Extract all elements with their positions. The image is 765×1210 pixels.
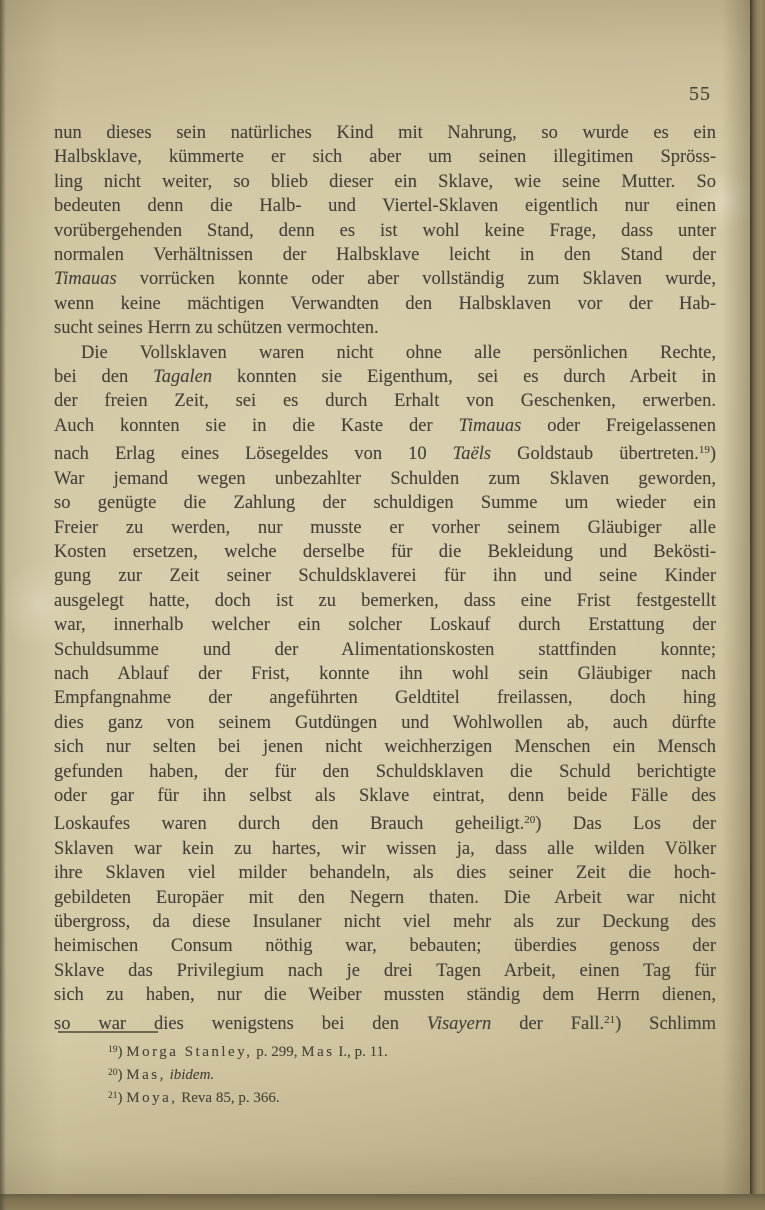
footnote-marker: 19 xyxy=(108,1045,118,1055)
text-segment: dies ganz von seinem Gutdüngen und Wohlw… xyxy=(54,713,716,733)
text-segment: heimischen Consum nöthig war, bebauten; … xyxy=(54,936,716,956)
body-line: übergross, da diese Insulaner nicht viel… xyxy=(54,910,716,934)
footnotes: 19) Morga Stanley, p. 299, Mas I., p. 11… xyxy=(108,1040,668,1108)
text-segment: Die Vollsklaven waren nicht ohne alle pe… xyxy=(81,343,716,363)
text-segment: Mas, xyxy=(126,1067,166,1083)
body-line: gung zur Zeit seiner Schuldsklaverei für… xyxy=(54,564,716,588)
body-line: ling nicht weiter, so blieb dieser ein S… xyxy=(54,170,716,194)
page-edge-bottom xyxy=(0,1194,765,1210)
footnote-separator xyxy=(58,1031,158,1033)
text-segment: Mas xyxy=(301,1044,334,1060)
text-segment: so genügte die Zahlung der schuldigen Su… xyxy=(54,493,716,513)
text-segment: nach Ablauf der Frist, konnte ihn wohl s… xyxy=(54,664,716,684)
page-number: 55 xyxy=(689,83,711,106)
text-segment: War jemand wegen unbezahlter Schulden zu… xyxy=(54,469,716,489)
body-line: sich nur selten bei jenen nicht weichher… xyxy=(54,735,716,759)
body-line: bei den Tagalen konnten sie Eigenthum, s… xyxy=(54,365,716,389)
text-segment: bei den xyxy=(54,367,153,387)
text-segment: gefunden haben, der für den Schuldsklave… xyxy=(54,762,716,782)
text-segment: Loskaufes waren durch den Brauch geheili… xyxy=(54,814,524,834)
text-segment: Schuldsumme und der Alimentationskosten … xyxy=(54,640,716,660)
text-segment: sich zu haben, nur die Weiber mussten st… xyxy=(54,985,716,1005)
text-segment: Sklave das Privilegium nach je drei Tage… xyxy=(54,961,716,981)
text-segment: ) xyxy=(118,1044,127,1060)
text-segment: sucht seines Herrn zu schützen vermochte… xyxy=(54,318,379,338)
body-line: nach Ablauf der Frist, konnte ihn wohl s… xyxy=(54,662,716,686)
text-segment: Halbsklave, kümmerte er sich aber um sei… xyxy=(54,147,716,167)
body-line: Timauas vorrücken konnte oder aber volls… xyxy=(54,267,716,291)
body-line: Empfangnahme der angeführten Geldtitel f… xyxy=(54,686,716,710)
text-segment: ) xyxy=(118,1090,127,1106)
text-segment: der freien Zeit, sei es durch Erhalt von… xyxy=(54,391,716,411)
text-segment: ) Schlimm xyxy=(615,1014,716,1034)
body-line: Halbsklave, kümmerte er sich aber um sei… xyxy=(54,145,716,169)
text-segment: ) xyxy=(118,1067,127,1083)
text-segment: Reva 85, p. 366. xyxy=(178,1090,280,1106)
body-line: dies ganz von seinem Gutdüngen und Wohlw… xyxy=(54,711,716,735)
body-line: wenn keine mächtigen Verwandten den Halb… xyxy=(54,292,716,316)
footnote-marker: 20 xyxy=(108,1068,118,1078)
text-segment: nach Erlag eines Lösegeldes von 10 xyxy=(54,444,453,464)
text-segment: ling nicht weiter, so blieb dieser ein S… xyxy=(54,172,716,192)
text-segment: oder gar für ihn selbst als Sklave eintr… xyxy=(54,786,716,806)
footnote-marker: 21 xyxy=(604,1014,615,1026)
page-curl-shadow xyxy=(722,0,750,1210)
text-segment: Sklaven war kein zu hartes, wir wissen j… xyxy=(54,839,716,859)
text-segment: wenn keine mächtigen Verwandten den Halb… xyxy=(54,294,716,314)
text-segment: ) xyxy=(710,444,716,464)
body-line: nun dieses sein natürliches Kind mit Nah… xyxy=(54,121,716,145)
body-line: gebildeten Europäer mit den Negern thate… xyxy=(54,886,716,910)
text-segment: gebildeten Europäer mit den Negern thate… xyxy=(54,888,716,908)
italic-term: Visayern xyxy=(427,1014,491,1034)
text-segment: p. 299, xyxy=(253,1044,302,1060)
text-segment: ihre Sklaven viel milder behandeln, als … xyxy=(54,863,716,883)
body-line: bedeuten denn die Halb- und Viertel-Skla… xyxy=(54,194,716,218)
body-text: nun dieses sein natürliches Kind mit Nah… xyxy=(54,121,716,1036)
italic-term: Taëls xyxy=(453,444,491,464)
text-segment: sich nur selten bei jenen nicht weichher… xyxy=(54,737,716,757)
italic-term: Timauas xyxy=(54,269,117,289)
footnote-marker: 19 xyxy=(699,444,710,456)
body-line: Freier zu werden, nur musste er vorher s… xyxy=(54,516,716,540)
text-segment: gung zur Zeit seiner Schuldsklaverei für… xyxy=(54,566,716,586)
text-segment: Auch konnten sie in die Kaste der xyxy=(54,416,459,436)
italic-term: ibidem. xyxy=(170,1067,215,1083)
text-segment: war, innerhalb welcher ein solcher Loska… xyxy=(54,615,716,635)
footnote-line: 20) Mas, ibidem. xyxy=(108,1063,668,1086)
footnote-line: 19) Morga Stanley, p. 299, Mas I., p. 11… xyxy=(108,1040,668,1063)
body-line: ihre Sklaven viel milder behandeln, als … xyxy=(54,861,716,885)
footnote-marker: 20 xyxy=(524,814,535,826)
body-line: heimischen Consum nöthig war, bebauten; … xyxy=(54,934,716,958)
text-segment: nun dieses sein natürliches Kind mit Nah… xyxy=(54,123,716,143)
scanned-book-page: 55 nun dieses sein natürliches Kind mit … xyxy=(0,0,765,1210)
body-line: der freien Zeit, sei es durch Erhalt von… xyxy=(54,389,716,413)
text-segment: Moya, xyxy=(126,1090,177,1106)
body-line: Kosten ersetzen, welche derselbe für die… xyxy=(54,540,716,564)
body-line: Sklave das Privilegium nach je drei Tage… xyxy=(54,959,716,983)
text-segment: I., p. 11. xyxy=(335,1044,388,1060)
body-line: ausgelegt hatte, doch ist zu bemerken, d… xyxy=(54,589,716,613)
text-segment: Goldstaub übertreten. xyxy=(491,444,699,464)
text-segment: Empfangnahme der angeführten Geldtitel f… xyxy=(54,688,716,708)
text-segment: bedeuten denn die Halb- und Viertel-Skla… xyxy=(54,196,716,216)
page-edge-right xyxy=(750,0,765,1210)
footnote-marker: 21 xyxy=(108,1091,118,1101)
text-segment: der Fall. xyxy=(491,1014,604,1034)
body-line: Auch konnten sie in die Kaste der Timaua… xyxy=(54,414,716,438)
body-line: nach Erlag eines Lösegeldes von 10 Taëls… xyxy=(54,438,716,466)
italic-term: Timauas xyxy=(459,416,522,436)
italic-term: Tagalen xyxy=(153,367,212,387)
text-segment: vorrücken konnte oder aber vollständig z… xyxy=(117,269,716,289)
body-line: so genügte die Zahlung der schuldigen Su… xyxy=(54,491,716,515)
body-line: oder gar für ihn selbst als Sklave eintr… xyxy=(54,784,716,808)
text-segment: ) Das Los der xyxy=(535,814,716,834)
body-line: vorübergehenden Stand, denn es ist wohl … xyxy=(54,219,716,243)
text-segment: vorübergehenden Stand, denn es ist wohl … xyxy=(54,221,716,241)
text-segment: Morga Stanley, xyxy=(126,1044,252,1060)
text-segment: konnten sie Eigenthum, sei es durch Arbe… xyxy=(212,367,716,387)
body-line: Schuldsumme und der Alimentationskosten … xyxy=(54,638,716,662)
text-segment: normalen Verhältnissen der Halbsklave le… xyxy=(54,245,716,265)
body-line: sucht seines Herrn zu schützen vermochte… xyxy=(54,316,716,340)
body-line: Die Vollsklaven waren nicht ohne alle pe… xyxy=(54,341,716,365)
body-line: Sklaven war kein zu hartes, wir wissen j… xyxy=(54,837,716,861)
text-segment: Freier zu werden, nur musste er vorher s… xyxy=(54,518,716,538)
page-edge-left xyxy=(0,0,6,1210)
text-segment: übergross, da diese Insulaner nicht viel… xyxy=(54,912,716,932)
body-line: Loskaufes waren durch den Brauch geheili… xyxy=(54,808,716,836)
body-line: War jemand wegen unbezahlter Schulden zu… xyxy=(54,467,716,491)
body-line: war, innerhalb welcher ein solcher Loska… xyxy=(54,613,716,637)
body-line: sich zu haben, nur die Weiber mussten st… xyxy=(54,983,716,1007)
body-line: gefunden haben, der für den Schuldsklave… xyxy=(54,760,716,784)
body-line: normalen Verhältnissen der Halbsklave le… xyxy=(54,243,716,267)
text-segment: oder Freigelassenen xyxy=(521,416,716,436)
text-segment: Kosten ersetzen, welche derselbe für die… xyxy=(54,542,716,562)
footnote-line: 21) Moya, Reva 85, p. 366. xyxy=(108,1086,668,1109)
text-segment: ausgelegt hatte, doch ist zu bemerken, d… xyxy=(54,591,716,611)
